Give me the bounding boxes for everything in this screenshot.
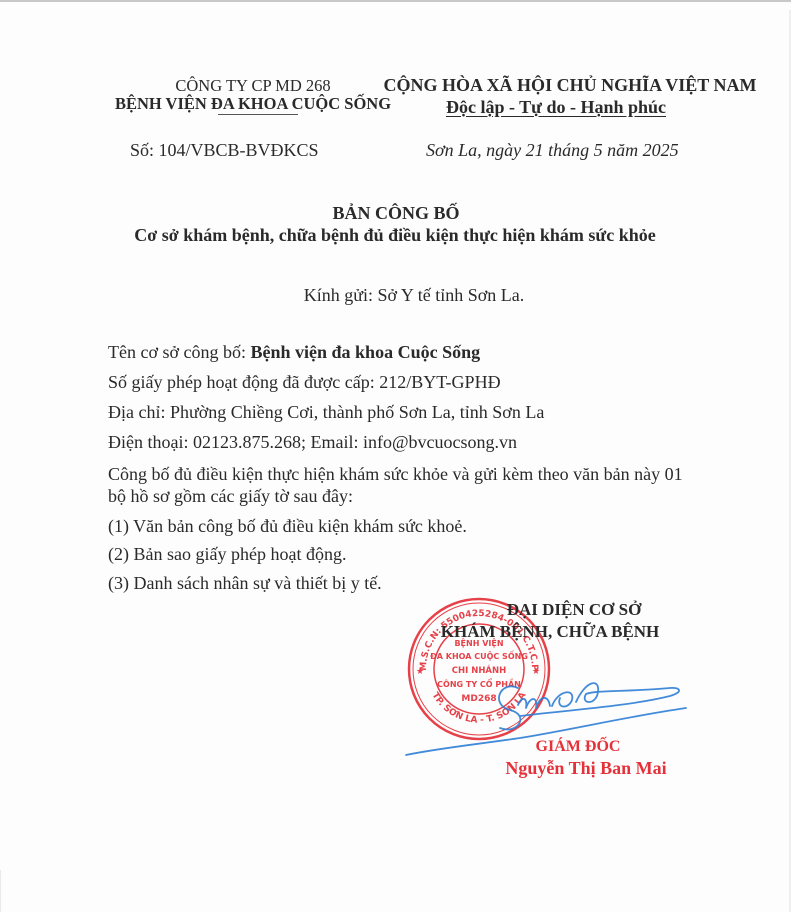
- document-number: Số: 104/VBCB-BVĐKCS: [130, 140, 319, 161]
- facility-line: Tên cơ sở công bố: Bệnh viện đa khoa Cuộ…: [108, 342, 480, 363]
- license-line: Số giấy phép hoạt động đã được cấp: 212/…: [108, 372, 501, 393]
- document-title: BẢN CÔNG BỐ: [332, 203, 459, 224]
- facility-label: Tên cơ sở công bố:: [108, 342, 251, 362]
- contact-line: Điện thoại: 02123.875.268; Email: info@b…: [108, 432, 517, 453]
- signature-heading-line-2: KHÁM BỆNH, CHỮA BỆNH: [441, 622, 660, 642]
- statement-line-1: Công bố đủ điều kiện thực hiện khám sức …: [108, 464, 683, 485]
- attachment-item: (1) Văn bản công bố đủ điều kiện khám sứ…: [108, 516, 467, 537]
- attachment-item: (3) Danh sách nhân sự và thiết bị y tế.: [108, 573, 382, 594]
- national-motto: Độc lập - Tự do - Hạnh phúc: [446, 97, 666, 118]
- document-subtitle: Cơ sở khám bệnh, chữa bệnh đủ điều kiện …: [134, 225, 655, 246]
- signer-name: Nguyễn Thị Ban Mai: [505, 758, 666, 779]
- page-top-border: [0, 0, 791, 2]
- facility-name: Bệnh viện đa khoa Cuộc Sống: [251, 342, 481, 362]
- issuer-company: CÔNG TY CP MD 268: [175, 76, 330, 96]
- recipient: Kính gửi: Sở Y tế tỉnh Sơn La.: [304, 285, 524, 306]
- attachment-item: (2) Bản sao giấy phép hoạt động.: [108, 544, 346, 565]
- address-line: Địa chỉ: Phường Chiềng Cơi, thành phố Sơ…: [108, 402, 544, 423]
- national-title: CỘNG HÒA XÃ HỘI CHỦ NGHĨA VIỆT NAM: [384, 75, 757, 96]
- signature-heading-line-1: ĐẠI DIỆN CƠ SỞ: [507, 600, 642, 620]
- document-place-date: Sơn La, ngày 21 tháng 5 năm 2025: [426, 140, 679, 161]
- page-left-edge: [0, 870, 1, 912]
- issuer-hospital: BỆNH VIỆN ĐA KHOA CUỘC SỐNG: [115, 94, 391, 114]
- signer-role: GIÁM ĐỐC: [536, 738, 621, 756]
- header-divider: [218, 114, 298, 115]
- statement-line-2: bộ hồ sơ gồm các giấy tờ sau đây:: [108, 486, 353, 507]
